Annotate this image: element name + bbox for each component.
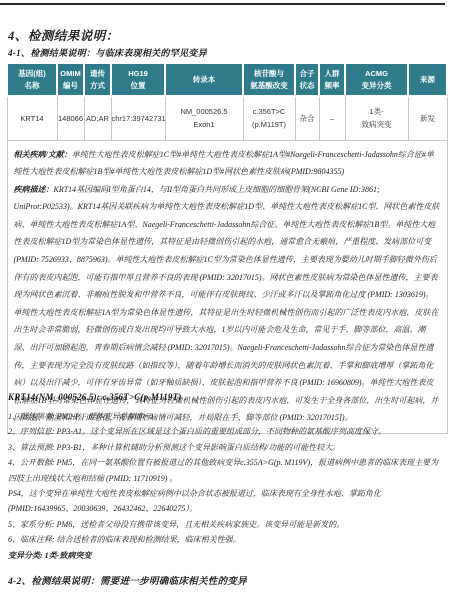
col-header-hg19: HG19 位置	[111, 63, 165, 96]
disease-description-label: 疾病描述：	[14, 185, 54, 194]
variant-detail-heading: KRT14(NM_000526.5): c.356T>C(p.M119T)	[8, 392, 182, 402]
variant-row-krt14: KRT14 148066 AD;AR chr17:39742731 NM_000…	[7, 96, 447, 140]
page-header-rule	[0, 3, 445, 5]
col-header-zygosity: 合子 状态	[295, 63, 319, 96]
related-disease-text: 单纯性大疱性表皮松解症1C型#单纯性大疱性表皮松解症1A型#Naegeli-Fr…	[14, 150, 434, 177]
cell-origin: 新发	[408, 96, 447, 140]
related-disease-label: 相关疾病/文献：	[14, 150, 72, 159]
report-page: 4、检测结果说明： 4-1、检测结果说明：与临床表现相关的罕见变异 基因(组) …	[0, 0, 450, 600]
col-header-acmg: ACMG 变异分类	[345, 63, 408, 96]
cell-pop-freq: –	[319, 96, 345, 140]
col-header-transcript: 转录本	[165, 63, 243, 96]
col-header-pop-freq: 人群 频率	[319, 63, 345, 96]
note-sequence-info: 2、序列信息: PP3-A1。这个变异所在区域是这个蛋白质的重要组成部分，不同物…	[8, 424, 444, 439]
disease-description-text: KRT14基因编码I型角蛋白14，与II型角蛋白共同形成上皮细胞的细胞骨架(NC…	[14, 185, 440, 423]
col-header-origin: 来源	[408, 63, 447, 96]
variant-classification: 变异分类: 1类-致病突变	[8, 548, 444, 563]
note-family-analysis: 5、家系分析: PM6，送检者父母没有携带该变异，且无相关疾病家族史。该变异可能…	[8, 517, 444, 532]
note-public-data-pm5: 4、公开数据: PM5，在同一氨基酸位置有被报道过的其他致病变异c.355A>G…	[8, 455, 444, 486]
note-clinical-annotation: 6、临床注释: 结合送检者的临床表现和检测结果，临床相关性强。	[8, 532, 444, 547]
col-header-omim: OMIM 编号	[57, 63, 84, 96]
note-public-data-ps4: PS4，这个变异在单纯性大疱性表皮松解症病例中以杂合状态被报道过，临床表现有全身…	[8, 486, 444, 517]
cell-omim: 148066	[57, 96, 84, 140]
cell-acmg: 1类- 致病突变	[345, 96, 408, 140]
note-population-frequency: 1、群体频率: PM2-P。群体变异总频率=0。	[8, 409, 444, 424]
disease-description-cell: 相关疾病/文献：单纯性大疱性表皮松解症1C型#单纯性大疱性表皮松解症1A型#Na…	[7, 140, 447, 434]
col-header-change: 核苷酸与 氨基酸改变	[243, 63, 295, 96]
acmg-evidence-notes: 1、群体频率: PM2-P。群体变异总频率=0。 2、序列信息: PP3-A1。…	[8, 409, 444, 563]
col-header-gene: 基因(组) 名称	[7, 63, 57, 96]
col-header-inheritance: 遗传 方式	[84, 63, 111, 96]
note-algorithm-prediction: 3、算法预测: PP3-B1，多种计算机辅助分析预测这个变异影响蛋白质结构/功能…	[8, 440, 444, 455]
table-header-row: 基因(组) 名称 OMIM 编号 遗传 方式 HG19 位置 转录本	[7, 63, 447, 96]
cell-hg19: chr17:39742731	[111, 96, 165, 140]
disease-description-row: 相关疾病/文献：单纯性大疱性表皮松解症1C型#单纯性大疱性表皮松解症1A型#Na…	[7, 140, 447, 434]
cell-transcript: NM_000526.5 Exon1	[165, 96, 243, 140]
cell-inheritance: AD;AR	[84, 96, 111, 140]
cell-gene: KRT14	[7, 96, 57, 140]
clipped-next-line-fragment	[8, 595, 68, 600]
cell-change: c.356T>C (p.M119T)	[243, 96, 295, 140]
subsection-title-4-1: 4-1、检测结果说明：与临床表现相关的罕见变异	[8, 46, 207, 59]
section-title: 4、检测结果说明：	[8, 26, 119, 44]
subsection-title-4-2: 4-2、检测结果说明：需要进一步明确临床相关性的变异	[8, 573, 247, 587]
variant-table: 基因(组) 名称 OMIM 编号 遗传 方式 HG19 位置 转录本	[6, 62, 448, 434]
cell-zygosity: 杂合	[295, 96, 319, 140]
